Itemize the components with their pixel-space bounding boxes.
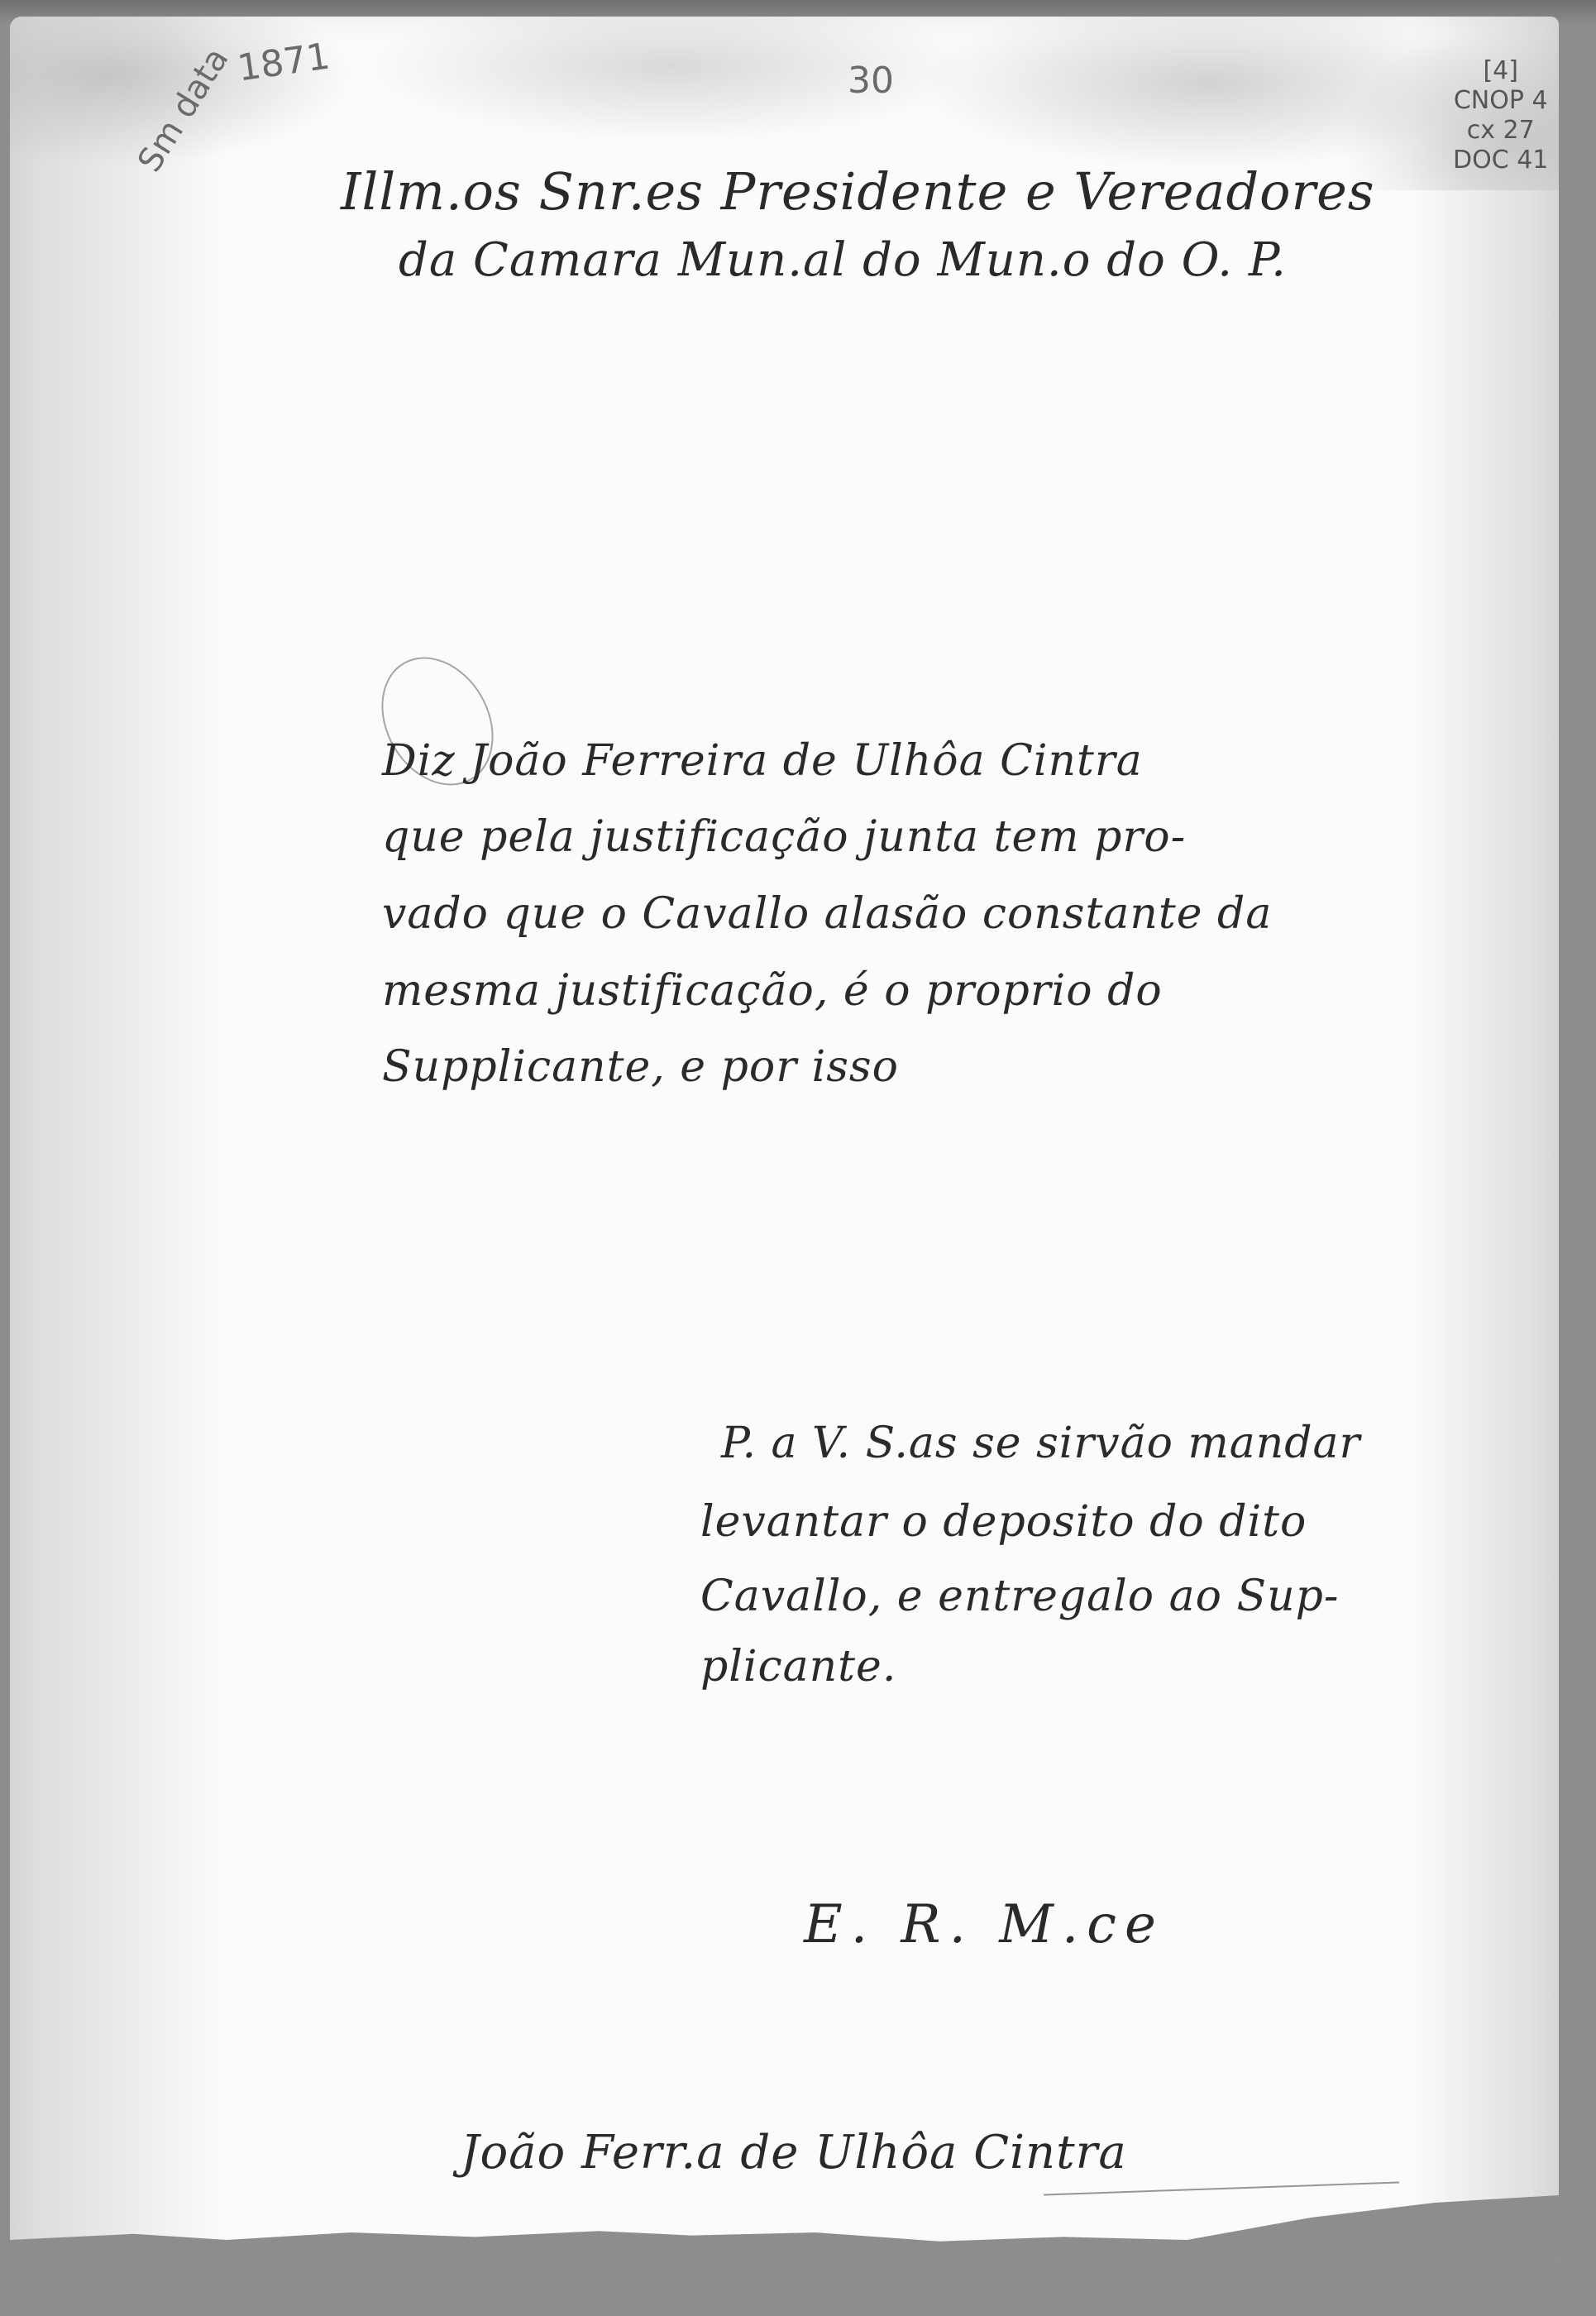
request-line: plicante.: [700, 1642, 896, 1692]
left-edge-shading: [10, 17, 225, 2262]
signature-underline-flourish: [1044, 2181, 1399, 2195]
body-line: Diz João Ferreira de Ulhôa Cintra: [382, 736, 1143, 786]
request-line: Cavallo, e entregalo ao Sup-: [700, 1572, 1339, 1621]
archive-reference: [4] CNOP 4 cx 27 DOC 41: [1453, 56, 1548, 175]
torn-bottom-edge: [10, 2188, 1559, 2262]
archive-ref-line: [4]: [1453, 56, 1548, 86]
body-line: que pela justificação junta tem pro-: [382, 812, 1186, 862]
signature: João Ferr.a de Ulhôa Cintra: [461, 2126, 1127, 2180]
request-line: levantar o deposito do dito: [700, 1497, 1307, 1547]
body-line: Supplicante, e por isso: [382, 1042, 899, 1092]
archive-ref-line: DOC 41: [1453, 146, 1548, 175]
address-line-2: da Camara Mun.al do Mun.o do O. P.: [399, 233, 1287, 287]
request-line: P. a V. S.as se sirvão mandar: [721, 1419, 1360, 1468]
body-line: mesma justificação, é o proprio do: [382, 966, 1163, 1016]
closing-formula: E. R. M.ce: [804, 1894, 1164, 1955]
archive-ref-line: CNOP 4: [1453, 86, 1548, 116]
page-number: 30: [848, 60, 894, 102]
archive-ref-line: cx 27: [1453, 116, 1548, 146]
address-line-1: Illm.os Snr.es Presidente e Vereadores: [341, 161, 1375, 222]
manuscript-page: Sm data 1871 30 [4] CNOP 4 cx 27 DOC 41 …: [10, 17, 1559, 2262]
body-line: vado que o Cavallo alasão constante da: [382, 889, 1272, 939]
right-edge-shading: [1410, 17, 1559, 2262]
